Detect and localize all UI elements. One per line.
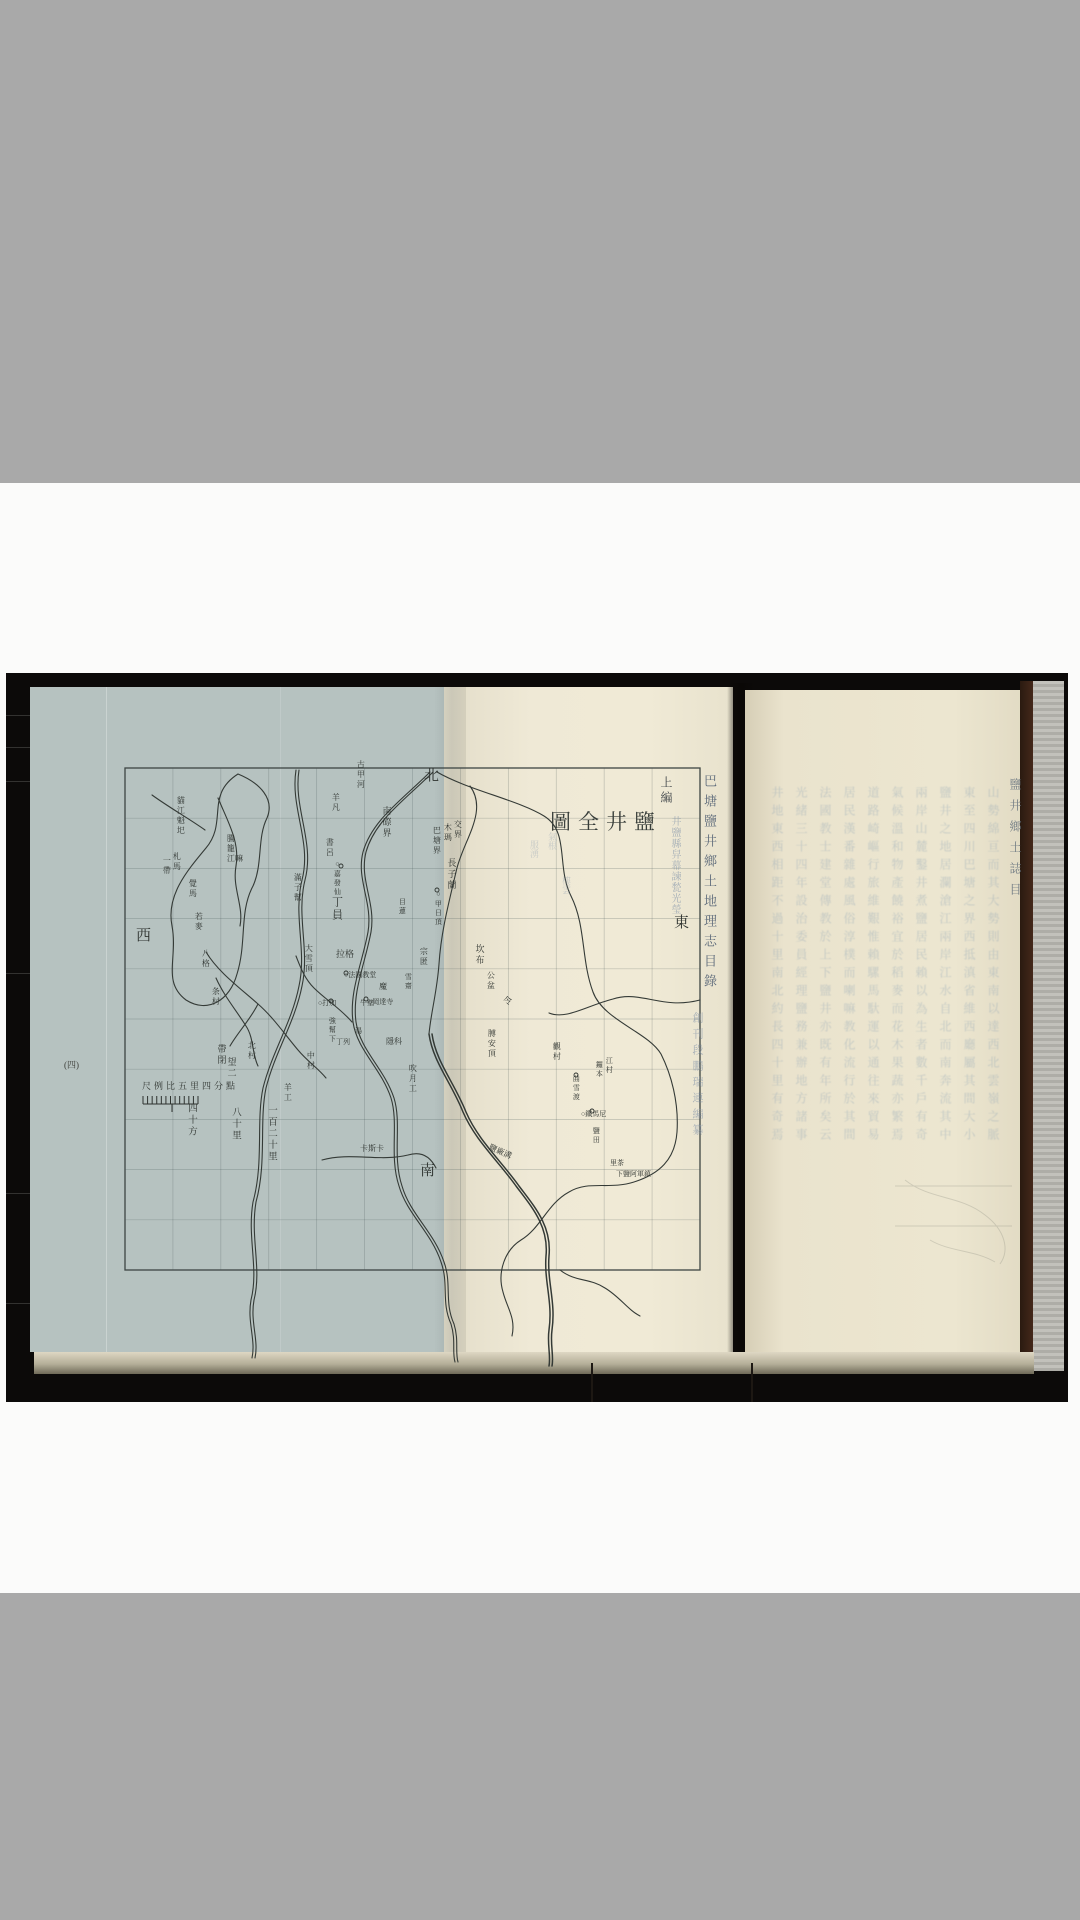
map-label: 騰籠江	[226, 834, 234, 864]
map-drawing	[6, 673, 1068, 1402]
showthrough-column: 東至四川巴塘之界西抵滇省維西廳屬其間大小	[961, 786, 978, 1146]
map-label: 強幫下	[328, 1017, 335, 1044]
map-label: 觀村	[552, 1042, 560, 1062]
map-title: 圖全井鹽	[550, 806, 662, 836]
map-label: 魔	[379, 983, 387, 991]
map-label: 鑼本	[595, 1061, 602, 1079]
map-label: 曲雪渡	[572, 1075, 579, 1102]
map-label: 覺馬	[188, 879, 196, 899]
stream-below-frame	[560, 1270, 640, 1316]
map-label: 長子蘭	[446, 858, 455, 891]
map-label: 雪齋	[404, 973, 411, 991]
edition-label: 上編	[658, 776, 675, 806]
map-label: 中村	[306, 1051, 314, 1071]
map-label: 羊凡	[331, 793, 339, 813]
map-label: 拉格	[336, 950, 354, 959]
toc-column: 巴塘鹽井鄉土地理志目錄	[700, 774, 719, 994]
compiler-column: 創刊段鵬瑞連編纂	[689, 1012, 705, 1140]
map-label: 吹月工	[408, 1064, 416, 1094]
river-east-west	[549, 997, 700, 1015]
map-label: ○甲日頂	[434, 890, 441, 927]
map-label: 坎布	[474, 944, 483, 966]
map-label: 古甲河	[356, 760, 364, 790]
faint-map-label: 服湧	[528, 840, 541, 858]
map-label: 東	[674, 916, 689, 932]
faint-map-label: 樓雲	[560, 876, 573, 894]
map-label: ○嘉發仙	[333, 860, 340, 897]
map-label: 帶閉	[216, 1044, 225, 1066]
map-label: 札馬	[172, 852, 180, 872]
map-label: 卡斯卡	[360, 1145, 384, 1153]
showthrough-column: 兩岸山麓鑿井煮鹽居民賴以為生者數千戶有奇	[913, 786, 930, 1146]
map-label: 条村	[211, 987, 219, 1007]
showthrough-column: 光緒三十四年設治委員經理鹽務兼辦地方諸事	[793, 786, 810, 1146]
showthrough-column: 道路崎嶇行旅維艱惟賴騾馬馱運以通往來貿易	[865, 786, 882, 1146]
right-page-edge-title: 鹽井鄉土誌目	[1007, 778, 1024, 904]
map-label: 一帶	[162, 856, 170, 876]
map-label: 望二	[226, 1057, 235, 1079]
map-label: 北	[424, 769, 439, 785]
map-label: 大雪頂	[304, 944, 312, 974]
map-label: 里茶	[610, 1160, 624, 1167]
map-label: 北村	[247, 1041, 255, 1061]
page-number: (四)	[64, 1058, 79, 1071]
map-label: 丁員	[330, 896, 342, 922]
map-label: ○鐵馬尼	[581, 1111, 606, 1118]
map-label: 湯	[355, 1028, 362, 1035]
showthrough-column: 井地東西相距不過十里南北約長四十里有奇焉	[769, 786, 786, 1146]
map-label: 下鹽阿軍鎮	[616, 1171, 651, 1178]
screenshot-root: { "page": { "bg_color": "#a9a9a9", "pane…	[0, 0, 1080, 1920]
map-label: 膊安頂	[487, 1029, 495, 1059]
map-label: 西	[136, 929, 151, 945]
faint-showthrough-column: 井鹽縣舁幕諫甃光瑩	[667, 816, 682, 915]
showthrough-river	[930, 1240, 995, 1262]
map-label: 南磜界	[381, 806, 390, 839]
map-label: 羊工	[283, 1083, 291, 1103]
stream-kasika	[322, 1154, 436, 1168]
map-label: 江村	[605, 1057, 612, 1075]
map-label: 貓江魁圯	[176, 796, 184, 836]
map-label: 目蓮	[398, 898, 405, 916]
faint-map-label: 氣根	[546, 832, 559, 850]
river-south	[429, 1034, 550, 1366]
scale-label: 一百二十里	[264, 1105, 278, 1163]
map-label: ○打加	[318, 1000, 336, 1007]
map-label: 牛壁	[360, 1000, 374, 1007]
map-label: 令	[503, 997, 512, 1006]
book-photograph: 圖全井鹽 上編 巴塘鹽井鄉土地理志目錄 井鹽縣舁幕諫甃光瑩 創刊段鵬瑞連編纂 (…	[6, 673, 1068, 1402]
map-label: 書呂	[325, 838, 333, 858]
stream-branch	[230, 1004, 258, 1046]
showthrough-column: 氣候溫和物產饒裕宜於稻麥而花木果蔬亦繁焉	[889, 786, 906, 1146]
map-label: 鹽田	[592, 1127, 599, 1145]
map-label: 若麥	[194, 912, 202, 932]
map-label: 嘛	[235, 855, 243, 863]
map-label: 巴塘界	[432, 826, 440, 856]
map-label: 公盆	[486, 971, 494, 991]
map-label: 南	[420, 1164, 435, 1180]
scale-label: 八十里	[228, 1107, 242, 1142]
map-label: 滿子幫	[293, 873, 301, 903]
showthrough-column: 山勢綿亘而其大勢則由東南以達西北雲嶺之脈	[985, 786, 1002, 1146]
map-label: ○法國教堂	[344, 972, 376, 979]
map-label: 交界	[453, 820, 461, 840]
map-label: 木瑪	[443, 823, 451, 843]
map-label: 丁列	[336, 1039, 350, 1046]
scale-label: 四十方	[184, 1103, 198, 1138]
map-label: 宗匿	[419, 947, 427, 967]
map-label: 八格	[201, 949, 209, 969]
showthrough-column: 法國教士建堂傳教於上下鹽井亦既有年所矣云	[817, 786, 834, 1146]
showthrough-column: 居民漢番雜處風俗淳樸而喇嘛教化流行於其間	[841, 786, 858, 1146]
scale-text: 尺例比五里四分點	[142, 1079, 238, 1092]
showthrough-column: 鹽井之地居瀾滄江兩岸江水自北而南奔流其中	[937, 786, 954, 1146]
map-label: 隱科	[386, 1038, 402, 1046]
showthrough-river	[905, 1180, 1005, 1264]
